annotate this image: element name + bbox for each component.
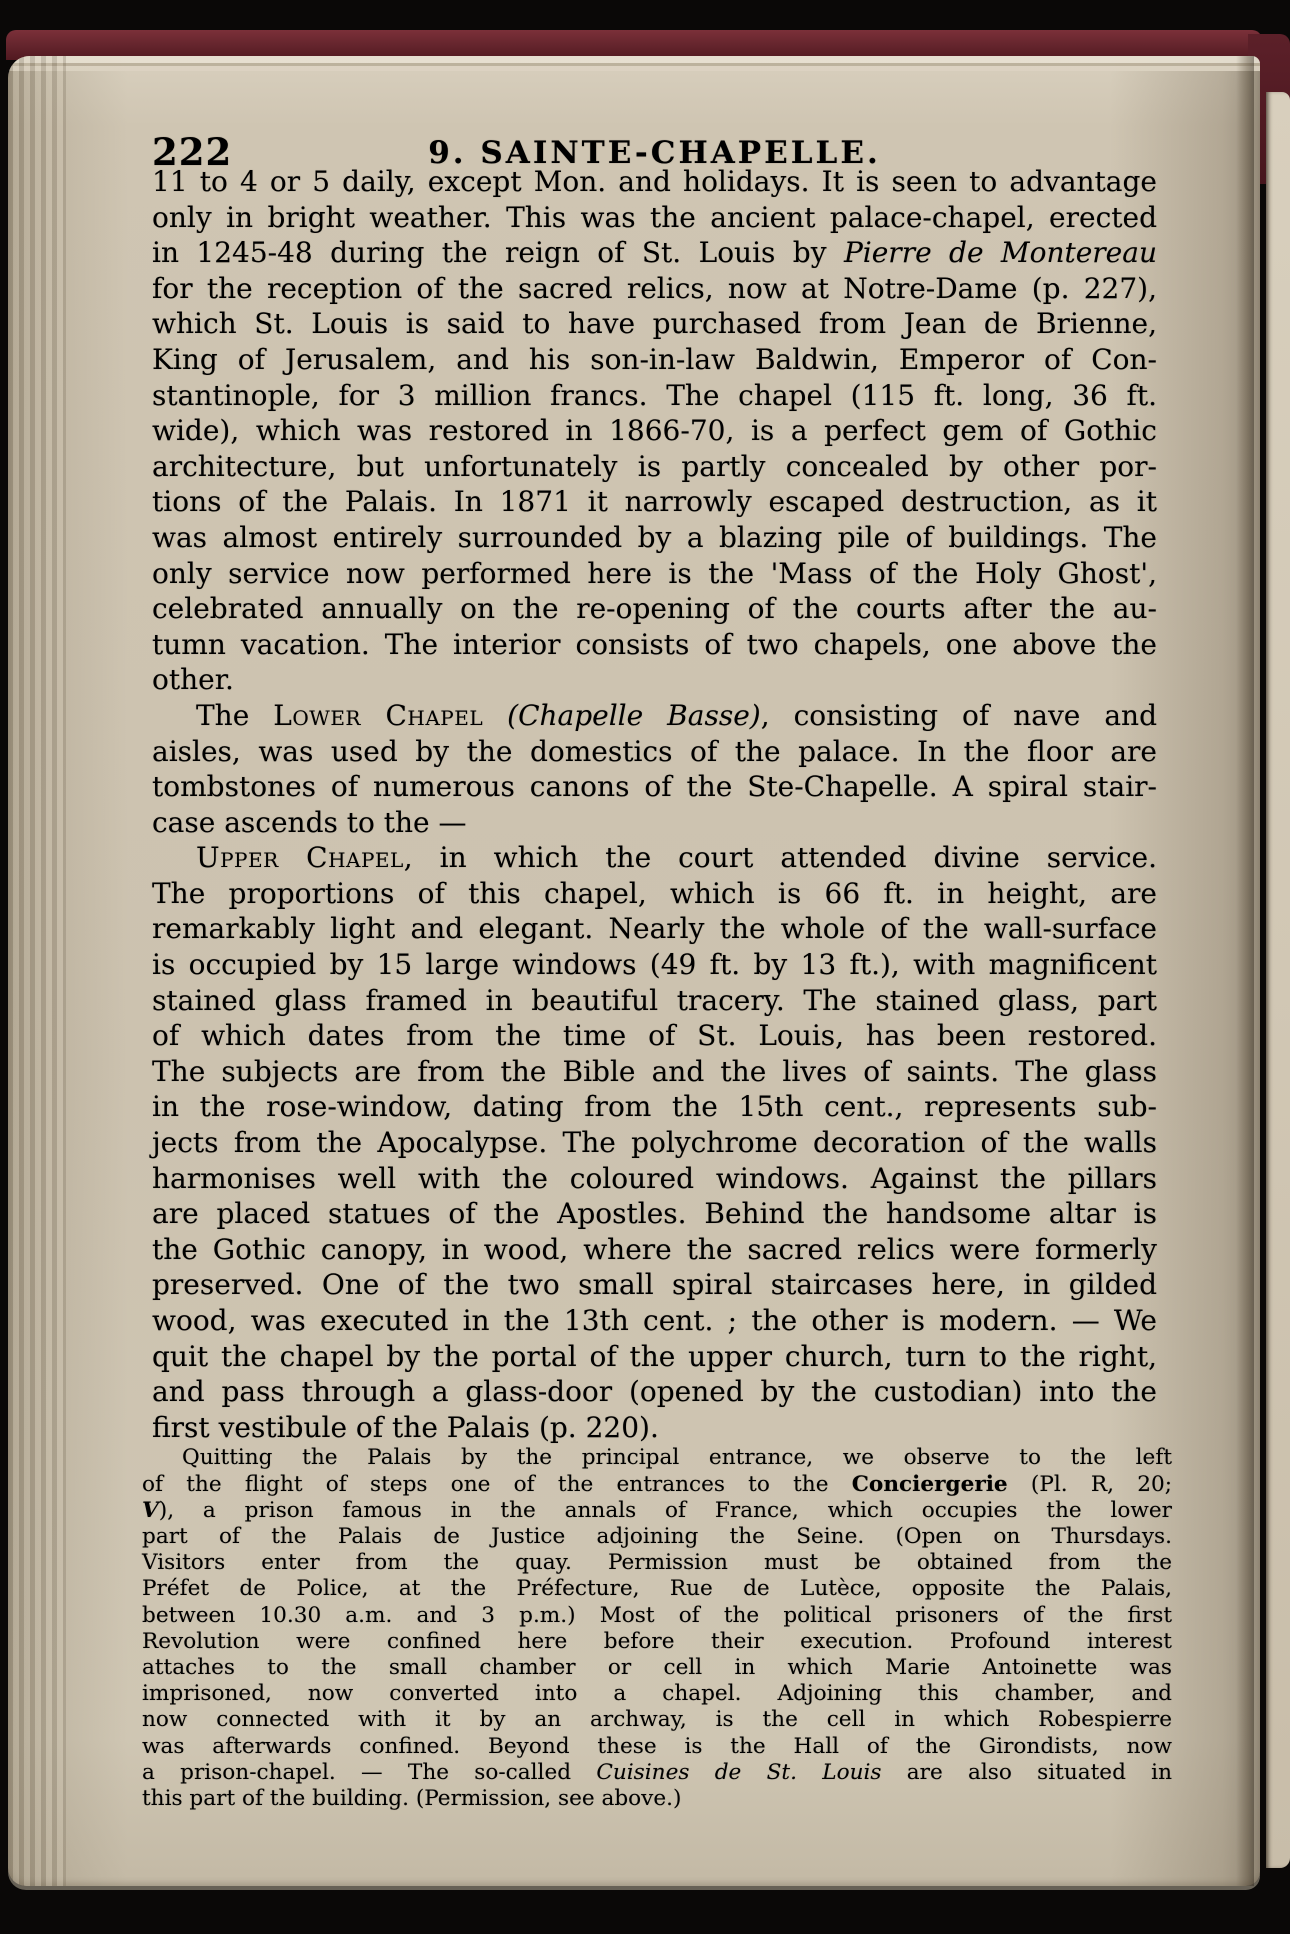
text-segment: part of the Palais de Justice adjoining …	[142, 1524, 1172, 1549]
text-line: The subjects are from the Bible and the …	[152, 1054, 1157, 1090]
styled-text-segment: Upper Chapel	[196, 841, 404, 874]
text-line: the Gothic canopy, in wood, where the sa…	[152, 1232, 1157, 1268]
text-line: only in bright weather. This was the anc…	[152, 200, 1157, 236]
text-segment: only service now performed here is the '…	[152, 557, 1157, 590]
text-segment: The	[196, 699, 273, 732]
text-segment: remarkably light and elegant. Nearly the…	[152, 912, 1157, 945]
text-segment	[483, 699, 507, 732]
text-segment: this part of the building. (Permission, …	[142, 1786, 681, 1811]
text-line: case ascends to the —	[152, 805, 1157, 841]
text-line: 11 to 4 or 5 daily, except Mon. and holi…	[152, 164, 1157, 200]
text-line: aisles, was used by the domestics of the…	[152, 734, 1157, 770]
text-segment: first vestibule of the Palais (p. 220).	[152, 1411, 659, 1444]
text-line: part of the Palais de Justice adjoining …	[142, 1524, 1172, 1550]
text-segment: attaches to the small chamber or cell in…	[142, 1655, 1172, 1680]
text-line: Revolution were confined here before the…	[142, 1629, 1172, 1655]
text-line: tions of the Palais. In 1871 it narrowly…	[152, 484, 1157, 520]
text-segment: aisles, was used by the domestics of the…	[152, 735, 1157, 768]
text-segment: tumn vacation. The interior consists of …	[152, 628, 1157, 661]
text-segment: wood, was executed in the 13th cent. ; t…	[152, 1304, 1157, 1337]
page-right-crease	[1236, 56, 1254, 1886]
text-segment: King of Jerusalem, and his son-in-law Ba…	[152, 343, 1157, 376]
styled-text-segment: Pierre de Montereau	[844, 236, 1157, 269]
stacked-page-top-edges	[8, 56, 1260, 78]
text-segment: in 1245-48 during the reign of St. Louis…	[152, 236, 844, 269]
text-line: preserved. One of the two small spiral s…	[152, 1267, 1157, 1303]
text-line: Visitors enter from the quay. Permission…	[142, 1550, 1172, 1576]
text-segment: The proportions of this chapel, which is…	[152, 877, 1157, 910]
text-segment: ), a prison famous in the annals of Fran…	[159, 1498, 1172, 1523]
text-line: jects from the Apocalypse. The polychrom…	[152, 1125, 1157, 1161]
text-segment: wide), which was restored in 1866-70, is…	[152, 414, 1157, 447]
text-line: Upper Chapel, in which the court attende…	[152, 840, 1157, 876]
text-segment: between 10.30 a.m. and 3 p.m.) Most of t…	[142, 1603, 1172, 1628]
text-line: this part of the building. (Permission, …	[142, 1786, 1172, 1812]
text-line: stained glass framed in beautiful tracer…	[152, 983, 1157, 1019]
text-block: 11 to 4 or 5 daily, except Mon. and holi…	[152, 164, 1157, 1812]
text-line: of which dates from the time of St. Loui…	[152, 1018, 1157, 1054]
text-line: stantinople, for 3 million francs. The c…	[152, 378, 1157, 414]
text-segment: in the rose-window, dating from the 15th…	[152, 1090, 1157, 1123]
text-segment: now connected with it by an archway, is …	[142, 1707, 1172, 1732]
text-line: remarkably light and elegant. Nearly the…	[152, 911, 1157, 947]
text-line: in 1245-48 during the reign of St. Louis…	[152, 235, 1157, 271]
text-segment: The subjects are from the Bible and the …	[152, 1055, 1157, 1088]
text-line: Quitting the Palais by the principal ent…	[142, 1445, 1172, 1471]
text-segment: 11 to 4 or 5 daily, except Mon. and holi…	[152, 165, 1157, 198]
binding-gutter	[8, 56, 66, 1886]
text-line: first vestibule of the Palais (p. 220).	[152, 1410, 1157, 1446]
text-line: harmonises well with the coloured window…	[152, 1161, 1157, 1197]
text-segment: celebrated annually on the re-opening of…	[152, 592, 1157, 625]
text-segment: was afterwards confined. Beyond these is…	[142, 1734, 1172, 1759]
text-segment: stained glass framed in beautiful tracer…	[152, 984, 1157, 1017]
book-page: 222 9. SAINTE-CHAPELLE. 11 to 4 or 5 dai…	[8, 56, 1260, 1886]
text-segment: case ascends to the —	[152, 806, 467, 839]
text-line: was almost entirely surrounded by a blaz…	[152, 520, 1157, 556]
text-line: architecture, but unfortunately is partl…	[152, 449, 1157, 485]
text-segment: tions of the Palais. In 1871 it narrowly…	[152, 485, 1157, 518]
text-line: now connected with it by an archway, is …	[142, 1707, 1172, 1733]
styled-text-segment: Cuisines de St. Louis	[596, 1760, 881, 1785]
text-segment: other.	[152, 663, 234, 696]
text-segment: (Pl. R, 20;	[1008, 1472, 1172, 1497]
text-line: in the rose-window, dating from the 15th…	[152, 1089, 1157, 1125]
text-line: Préfet de Police, at the Préfecture, Rue…	[142, 1576, 1172, 1602]
text-segment: , in which the court attended divine ser…	[404, 841, 1157, 874]
paragraph: Quitting the Palais by the principal ent…	[142, 1445, 1172, 1812]
text-line: quit the chapel by the portal of the upp…	[152, 1339, 1157, 1375]
text-line: other.	[152, 662, 1157, 698]
text-segment: jects from the Apocalypse. The polychrom…	[152, 1126, 1157, 1159]
text-segment: was almost entirely surrounded by a blaz…	[152, 521, 1157, 554]
text-segment: of the flight of steps one of the entran…	[142, 1472, 852, 1497]
adjacent-page-edge	[1266, 92, 1290, 1868]
text-segment: and pass through a glass-door (opened by…	[152, 1375, 1157, 1408]
text-segment: Quitting the Palais by the principal ent…	[182, 1445, 1172, 1470]
text-segment: tombstones of numerous canons of the Ste…	[152, 770, 1157, 803]
text-segment: which St. Louis is said to have purchase…	[152, 307, 1157, 340]
text-line: was afterwards confined. Beyond these is…	[142, 1734, 1172, 1760]
text-segment: preserved. One of the two small spiral s…	[152, 1268, 1157, 1301]
styled-text-segment: V	[142, 1498, 159, 1523]
text-segment: the Gothic canopy, in wood, where the sa…	[152, 1233, 1157, 1266]
paragraph: 11 to 4 or 5 daily, except Mon. and holi…	[152, 164, 1157, 698]
text-line: a prison-chapel. — The so-called Cuisine…	[142, 1760, 1172, 1786]
text-segment: are also situated in	[881, 1760, 1172, 1785]
text-line: tombstones of numerous canons of the Ste…	[152, 769, 1157, 805]
text-segment: architecture, but unfortunately is partl…	[152, 450, 1157, 483]
text-line: between 10.30 a.m. and 3 p.m.) Most of t…	[142, 1603, 1172, 1629]
text-segment: harmonises well with the coloured window…	[152, 1162, 1157, 1195]
text-line: attaches to the small chamber or cell in…	[142, 1655, 1172, 1681]
paragraph: The Lower Chapel (Chapelle Basse), consi…	[152, 698, 1157, 840]
text-line: The Lower Chapel (Chapelle Basse), consi…	[152, 698, 1157, 734]
text-line: are placed statues of the Apostles. Behi…	[152, 1196, 1157, 1232]
text-line: V), a prison famous in the annals of Fra…	[142, 1498, 1172, 1524]
text-line: only service now performed here is the '…	[152, 556, 1157, 592]
text-line: of the flight of steps one of the entran…	[142, 1472, 1172, 1498]
text-line: The proportions of this chapel, which is…	[152, 876, 1157, 912]
text-segment: imprisoned, now converted into a chapel.…	[142, 1681, 1172, 1706]
text-segment: are placed statues of the Apostles. Behi…	[152, 1197, 1157, 1230]
text-segment: Visitors enter from the quay. Permission…	[142, 1550, 1172, 1575]
text-segment: of which dates from the time of St. Loui…	[152, 1019, 1157, 1052]
text-line: and pass through a glass-door (opened by…	[152, 1374, 1157, 1410]
text-line: for the reception of the sacred relics, …	[152, 271, 1157, 307]
text-segment: stantinople, for 3 million francs. The c…	[152, 379, 1157, 412]
text-line: King of Jerusalem, and his son-in-law Ba…	[152, 342, 1157, 378]
text-segment: Préfet de Police, at the Préfecture, Rue…	[142, 1576, 1172, 1601]
text-line: tumn vacation. The interior consists of …	[152, 627, 1157, 663]
text-segment: , consisting of nave and	[761, 699, 1157, 732]
text-segment: only in bright weather. This was the anc…	[152, 201, 1157, 234]
text-segment: is occupied by 15 large windows (49 ft. …	[152, 948, 1157, 981]
paragraph: Upper Chapel, in which the court attende…	[152, 840, 1157, 1445]
styled-text-segment: (Chapelle Basse)	[507, 699, 761, 732]
text-line: wide), which was restored in 1866-70, is…	[152, 413, 1157, 449]
text-line: celebrated annually on the re-opening of…	[152, 591, 1157, 627]
text-line: wood, was executed in the 13th cent. ; t…	[152, 1303, 1157, 1339]
text-segment: Revolution were confined here before the…	[142, 1629, 1172, 1654]
text-segment: a prison-chapel. — The so-called	[142, 1760, 596, 1785]
text-line: imprisoned, now converted into a chapel.…	[142, 1681, 1172, 1707]
book-photo: { "meta": { "background_color": "#0a0807…	[0, 0, 1290, 1934]
text-segment: for the reception of the sacred relics, …	[152, 272, 1157, 305]
text-segment: quit the chapel by the portal of the upp…	[152, 1340, 1157, 1373]
text-line: is occupied by 15 large windows (49 ft. …	[152, 947, 1157, 983]
styled-text-segment: Lower Chapel	[273, 699, 483, 732]
text-line: which St. Louis is said to have purchase…	[152, 306, 1157, 342]
styled-text-segment: Conciergerie	[852, 1472, 1008, 1497]
